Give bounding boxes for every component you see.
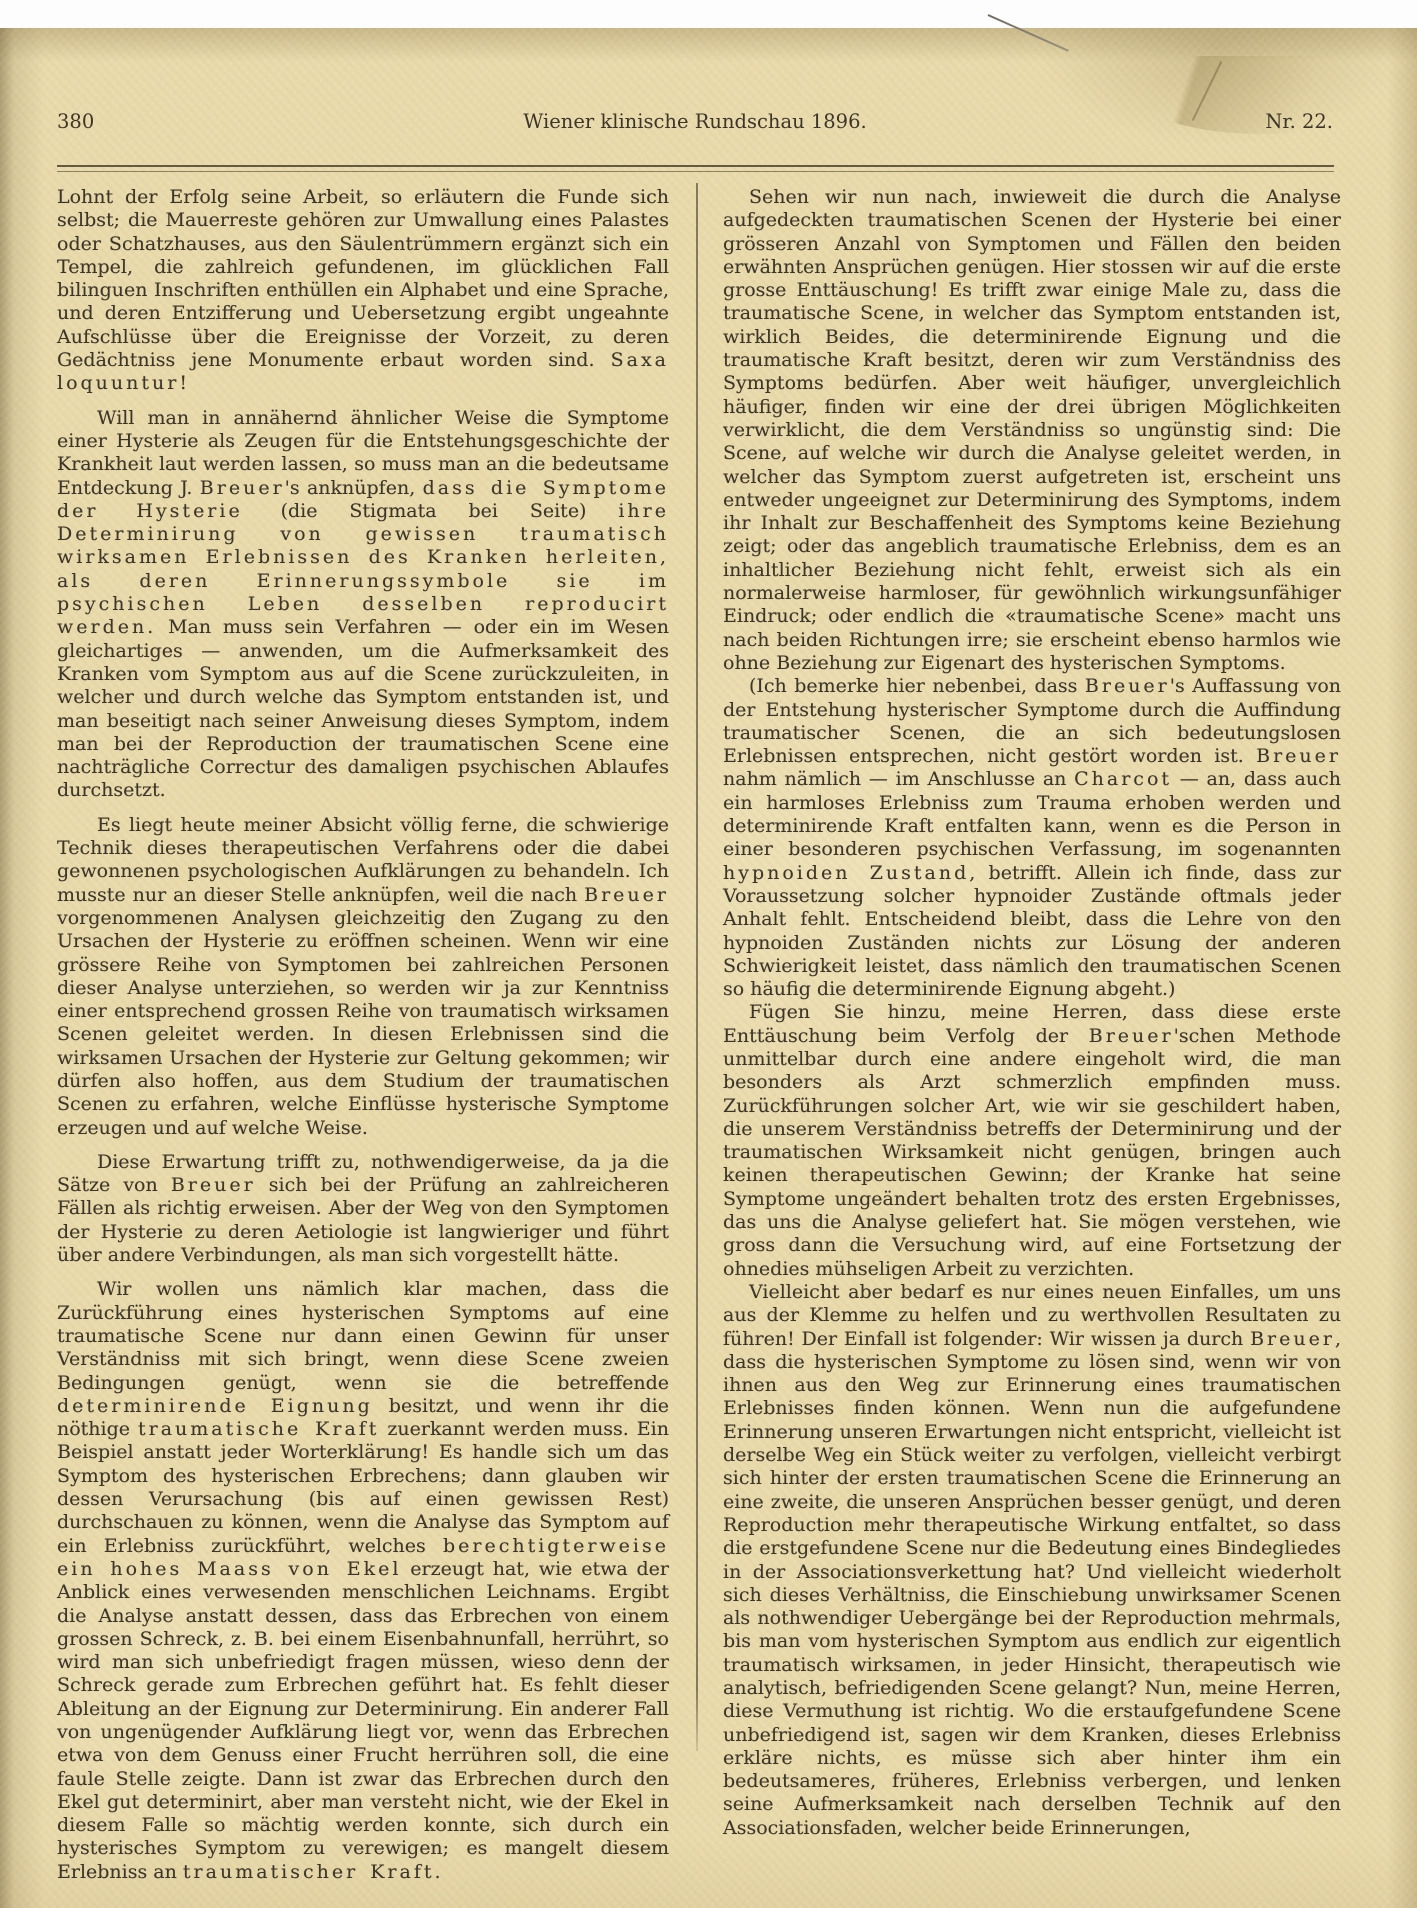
emphasized-spaced-text: Breuer [1250, 1328, 1335, 1350]
paragraph: (Ich bemerke hier nebenbei, dass Breuer'… [723, 675, 1341, 1001]
emphasized-spaced-text: Breuer [1089, 1025, 1174, 1047]
text-column-left: Lohnt der Erfolg seine Arbeit, so erläut… [57, 186, 669, 1884]
paragraph: Vielleicht aber bedarf es nur eines neue… [723, 1281, 1341, 1840]
emphasized-spaced-text: Breuer [584, 884, 669, 906]
body-text: (Ich bemerke hier nebenbei, dass [749, 675, 1085, 697]
body-text: 's anknüpfen, [285, 477, 423, 499]
body-text: vorgenommenen Analysen gleichzeitig den … [57, 907, 669, 1139]
header-rule [57, 165, 1334, 172]
emphasized-spaced-text: Breuer [1256, 745, 1341, 767]
body-text: nahm nämlich — im Anschlusse an [723, 768, 1074, 790]
paragraph: Es liegt heute meiner Absicht völlig fer… [57, 814, 669, 1140]
emphasized-spaced-text: traumatischer Kraft. [183, 1861, 444, 1883]
body-text: , dass die hysterischen Symptome zu löse… [723, 1328, 1341, 1839]
emphasized-spaced-text: Breuer [171, 1174, 256, 1196]
text-column-right: Sehen wir nun nach, inwieweit die durch … [723, 186, 1341, 1840]
emphasized-spaced-text: determinirende Eignung [57, 1395, 373, 1417]
body-text: Man muss sein Verfahren — oder ein im We… [57, 616, 669, 801]
page-header: 380 Wiener klinische Rundschau 1896. Nr.… [57, 110, 1333, 136]
body-text: Sehen wir nun nach, inwieweit die durch … [723, 186, 1341, 674]
paragraph: Fügen Sie hinzu, meine Herren, dass dies… [723, 1001, 1341, 1281]
paragraph: Sehen wir nun nach, inwieweit die durch … [723, 186, 1341, 675]
emphasized-spaced-text: traumatische Kraft [138, 1418, 379, 1440]
body-text: Vielleicht aber bedarf es nur eines neue… [723, 1281, 1341, 1350]
emphasized-spaced-text: Breuer [200, 477, 285, 499]
issue-number: Nr. 22. [1265, 110, 1333, 133]
body-text: erzeugt hat, wie etwa der Anblick eines … [57, 1558, 669, 1883]
paragraph: Lohnt der Erfolg seine Arbeit, so erläut… [57, 186, 669, 396]
emphasized-spaced-text: Breuer [1085, 675, 1170, 697]
paragraph: Will man in annähernd ähnlicher Weise di… [57, 407, 669, 803]
body-text: Es liegt heute meiner Absicht völlig fer… [57, 814, 669, 906]
body-text: (die Stigmata bei Seite) [281, 500, 619, 522]
paragraph: Wir wollen uns nämlich klar machen, dass… [57, 1278, 669, 1884]
paragraph: Diese Erwartung trifft zu, nothwendigerw… [57, 1151, 669, 1267]
body-text: 'schen Methode unmittelbar durch eine an… [723, 1025, 1341, 1280]
emphasized-spaced-text: Charcot [1074, 768, 1172, 790]
journal-title: Wiener klinische Rundschau 1896. [57, 110, 1333, 133]
emphasized-spaced-text: hypnoiden Zustand [723, 862, 969, 884]
column-divider [696, 183, 698, 1751]
body-text: Lohnt der Erfolg seine Arbeit, so erläut… [57, 186, 669, 371]
body-text: Wir wollen uns nämlich klar machen, dass… [57, 1278, 669, 1393]
